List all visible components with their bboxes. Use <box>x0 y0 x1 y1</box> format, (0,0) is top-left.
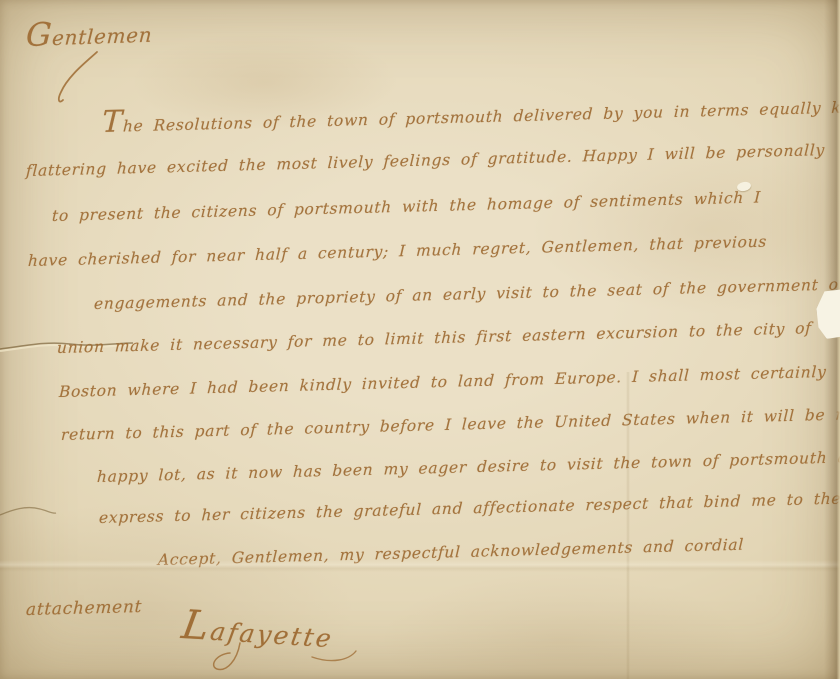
salutation: Gentlemen <box>25 20 153 50</box>
letter-line: to present the citizens of portsmouth wi… <box>52 186 762 227</box>
right-paper-edge <box>824 0 840 679</box>
letter-line: engagements and the propriety of an earl… <box>94 272 840 315</box>
letter-line: return to this part of the country befor… <box>61 403 840 446</box>
letter-line: union make it necessary for me to limit … <box>57 317 813 359</box>
vertical-crease <box>626 372 630 679</box>
signature: Lafayette <box>180 614 336 650</box>
closing-word: attachement <box>26 596 143 621</box>
letter-line: Boston where I had been kindly invited t… <box>59 361 827 403</box>
letter-page: Gentlemen The Resolutions of the town of… <box>0 0 840 679</box>
letter-line: happy lot, as it now has been my eager d… <box>97 446 840 488</box>
salutation-flourish <box>59 52 97 102</box>
letter-line: have cherished for near half a century; … <box>28 231 768 272</box>
letter-line: The Resolutions of the town of portsmout… <box>101 91 840 138</box>
horizontal-fold <box>0 560 840 572</box>
letter-line: flattering have excited the most lively … <box>26 139 826 182</box>
letter-line: express to her citizens the grateful and… <box>99 487 840 529</box>
left-tear-small <box>0 508 56 515</box>
